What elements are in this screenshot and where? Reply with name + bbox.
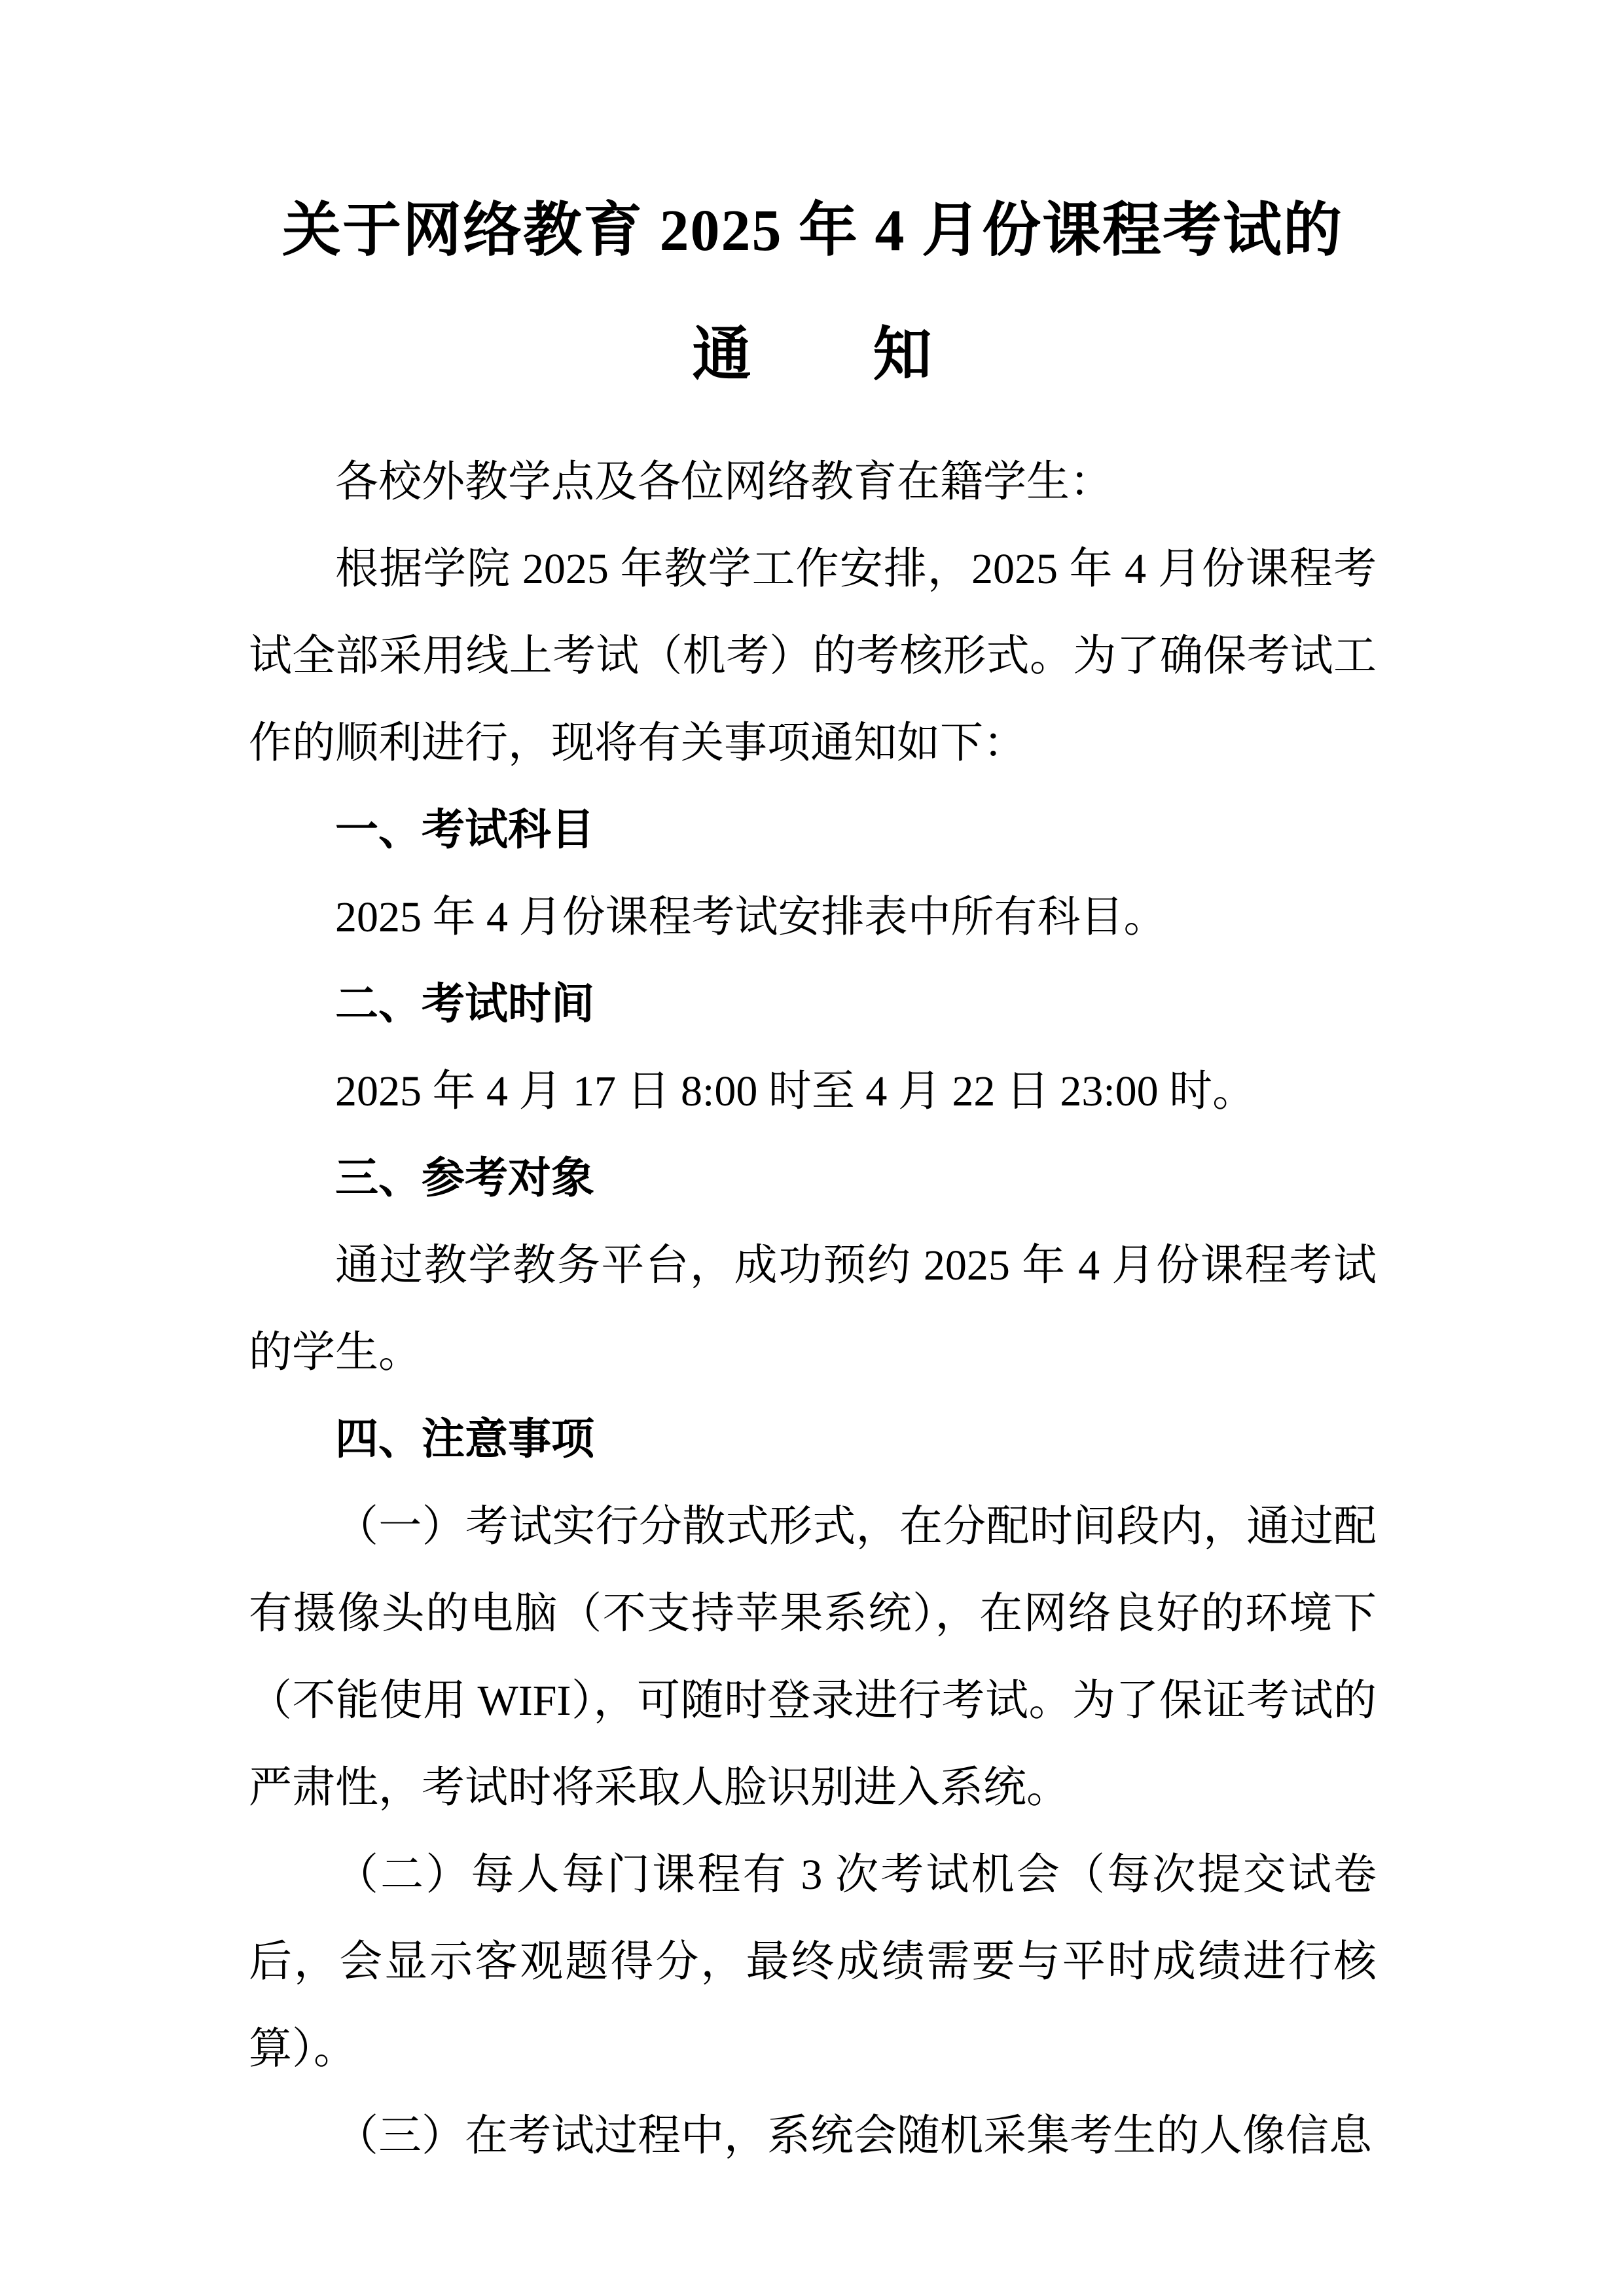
section-3-heading: 三、参考对象 <box>249 1135 1377 1222</box>
notice-body: 各校外教学点及各位网络教育在籍学生： 根据学院 2025 年教学工作安排，202… <box>249 439 1377 2179</box>
section-1-body: 2025 年 4 月份课程考试安排表中所有科目。 <box>249 874 1377 961</box>
section-2-body: 2025 年 4 月 17 日 8:00 时至 4 月 22 日 23:00 时… <box>249 1048 1377 1135</box>
section-3-body: 通过教学教务平台，成功预约 2025 年 4 月份课程考试的学生。 <box>249 1222 1377 1396</box>
section-4-item-1: （一）考试实行分散式形式，在分配时间段内，通过配有摄像头的电脑（不支持苹果系统）… <box>249 1483 1377 1831</box>
salutation: 各校外教学点及各位网络教育在籍学生： <box>249 439 1377 526</box>
notice-document-page: 关于网络教育 2025 年 4 月份课程考试的 通 知 各校外教学点及各位网络教… <box>0 0 1624 2296</box>
notice-title-line-1: 关于网络教育 2025 年 4 月份课程考试的 <box>249 169 1377 293</box>
section-4-item-2: （二）每人每门课程有 3 次考试机会（每次提交试卷后，会显示客观题得分，最终成绩… <box>249 1831 1377 2092</box>
notice-title: 关于网络教育 2025 年 4 月份课程考试的 通 知 <box>249 169 1377 418</box>
intro-paragraph: 根据学院 2025 年教学工作安排，2025 年 4 月份课程考试全部采用线上考… <box>249 526 1377 787</box>
section-2-heading: 二、考试时间 <box>249 961 1377 1048</box>
section-1-heading: 一、考试科目 <box>249 787 1377 874</box>
section-4-item-3: （三）在考试过程中，系统会随机采集考生的人像信息 <box>249 2092 1377 2179</box>
section-4-heading: 四、注意事项 <box>249 1396 1377 1483</box>
notice-title-line-2: 通 知 <box>249 293 1377 418</box>
document-content: 关于网络教育 2025 年 4 月份课程考试的 通 知 各校外教学点及各位网络教… <box>0 169 1624 2179</box>
